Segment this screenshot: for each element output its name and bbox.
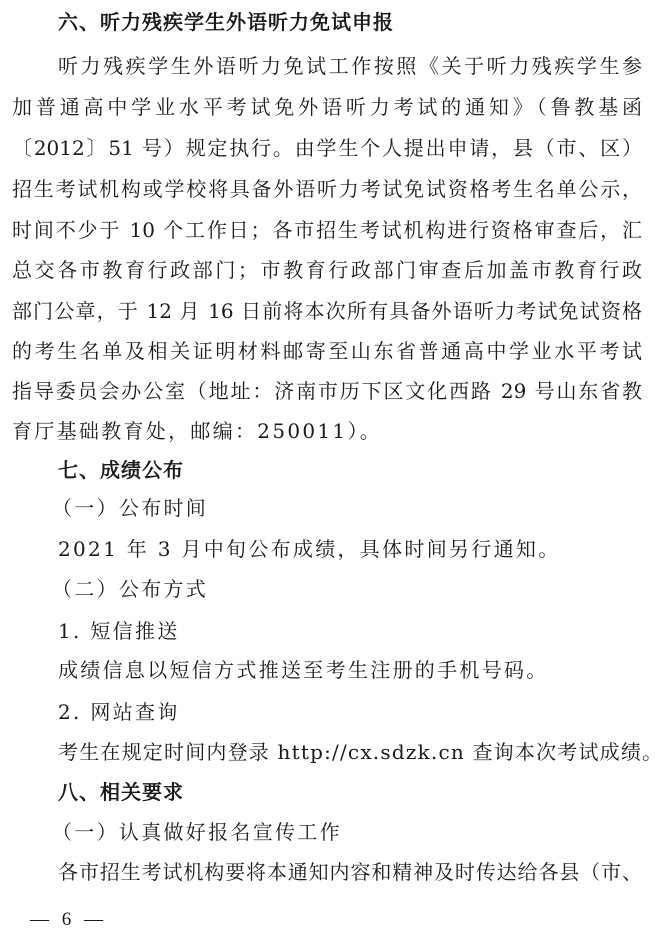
section-heading-6: 六、听力残疾学生外语听力免试申报 bbox=[58, 2, 642, 42]
subheading-publish-time: （一）公布时间 bbox=[52, 488, 636, 528]
paragraph-line: 〔2012〕51 号）规定执行。由学生个人提出申请，县（市、区） bbox=[12, 128, 642, 168]
subheading-sms: 1. 短信推送 bbox=[58, 611, 642, 651]
paragraph-line: 成绩信息以短信方式推送至考生注册的手机号码。 bbox=[58, 650, 642, 690]
paragraph-line: 招生考试机构或学校将具备外语听力考试免试资格考生名单公示， bbox=[12, 169, 642, 209]
subheading-publish-method: （二）公布方式 bbox=[52, 569, 636, 609]
paragraph-line: 育厅基础教育处，邮编：250011）。 bbox=[12, 411, 642, 451]
subheading-registration-publicity: （一）认真做好报名宣传工作 bbox=[52, 812, 636, 852]
paragraph-line: 部门公章，于 12 月 16 日前将本次所有具备外语听力考试免试资格 bbox=[12, 291, 642, 331]
paragraph-line: 的考生名单及相关证明材料邮寄至山东省普通高中学业水平考试 bbox=[12, 331, 642, 371]
paragraph-line: 时间不少于 10 个工作日；各市招生考试机构进行资格审查后，汇 bbox=[12, 210, 642, 250]
section-heading-8: 八、相关要求 bbox=[58, 772, 642, 812]
paragraph-line: 听力残疾学生外语听力免试工作按照《关于听力残疾学生参 bbox=[58, 46, 642, 86]
paragraph-line: 总交各市教育行政部门；市教育行政部门审查后加盖市教育行政 bbox=[12, 250, 642, 290]
section-heading-7: 七、成绩公布 bbox=[58, 450, 642, 490]
paragraph-line: 考生在规定时间内登录 http://cx.sdzk.cn 查询本次考试成绩。 bbox=[58, 732, 642, 772]
paragraph-line: 加普通高中学业水平考试免外语听力考试的通知》（鲁教基函 bbox=[12, 87, 642, 127]
paragraph-line: 2021 年 3 月中旬公布成绩，具体时间另行通知。 bbox=[58, 529, 642, 569]
paragraph-line: 各市招生考试机构要将本通知内容和精神及时传达给各县（市、 bbox=[58, 852, 642, 892]
paragraph-line: 指导委员会办公室（地址：济南市历下区文化西路 29 号山东省教 bbox=[12, 371, 642, 411]
page-number: — 6 — bbox=[30, 905, 107, 935]
subheading-website: 2. 网站查询 bbox=[58, 692, 642, 732]
